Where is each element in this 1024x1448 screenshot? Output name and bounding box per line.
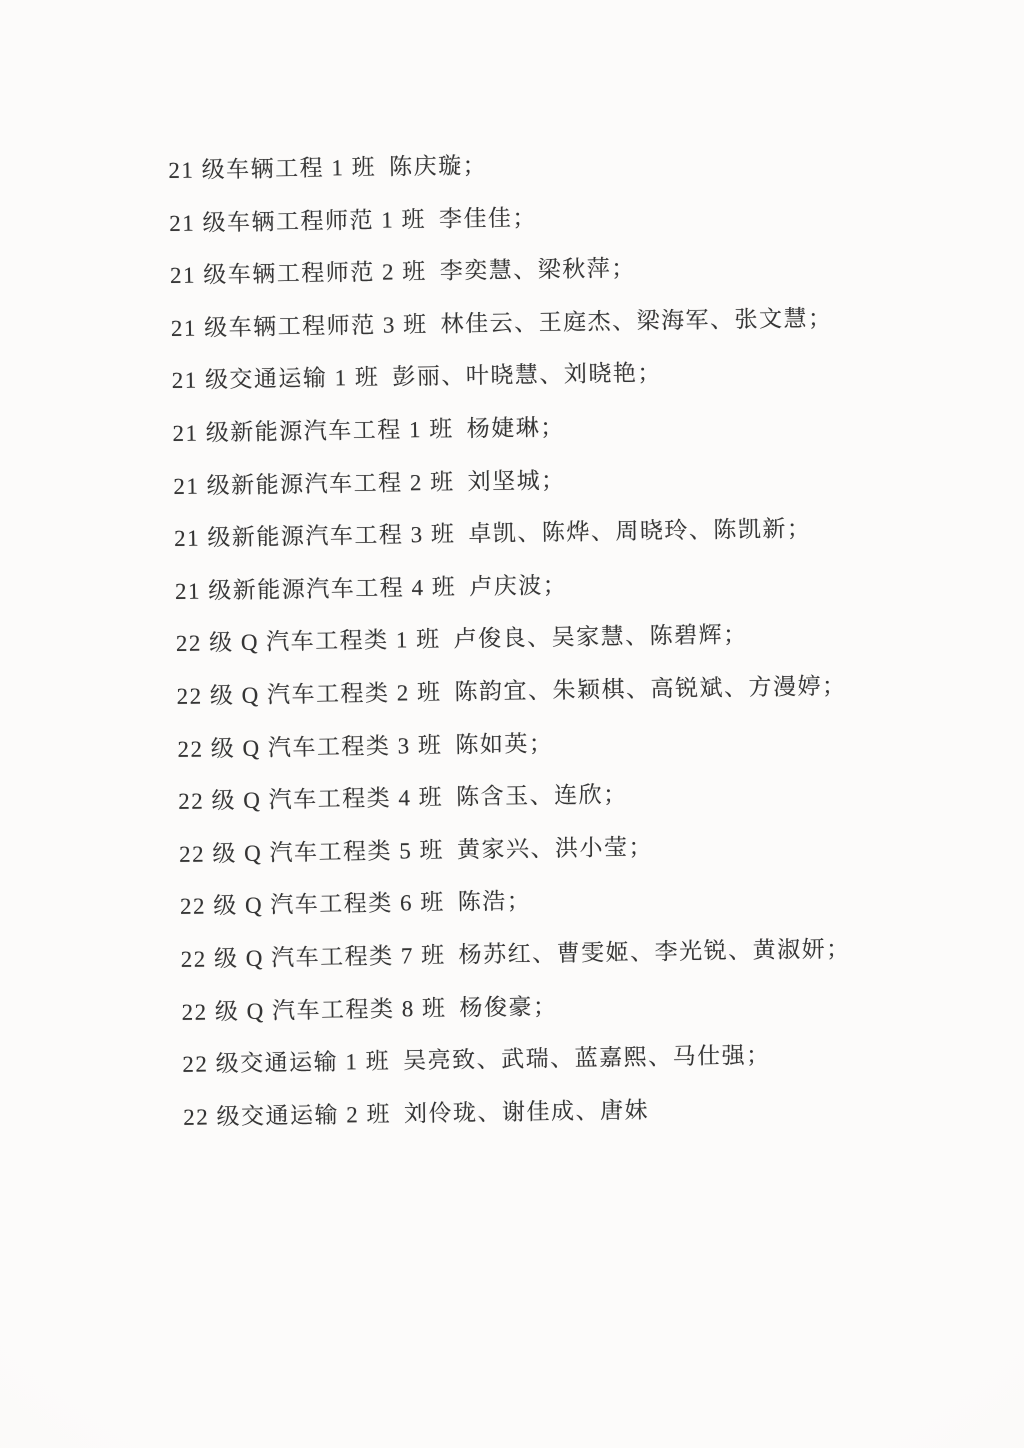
roster-line: 22 级交通运输 2 班刘伶珑、谢佳成、唐妹 [183, 1080, 904, 1144]
class-label: 21 级交通运输 1 班 [172, 365, 380, 393]
student-names: 卓凯、陈烨、周晓玲、陈凯新； [468, 516, 811, 546]
class-label: 22 级 Q 汽车工程类 4 班 [178, 785, 443, 814]
student-names: 刘坚城； [467, 467, 565, 494]
student-names: 陈含玉、连欣； [456, 782, 628, 810]
student-names: 杨苏红、曹雯姬、李光锐、黄淑妍； [458, 936, 850, 967]
class-label: 21 级新能源汽车工程 1 班 [172, 417, 454, 446]
student-names: 陈庆璇； [389, 153, 487, 180]
class-label: 22 级 Q 汽车工程类 1 班 [176, 627, 441, 656]
class-label: 22 级交通运输 1 班 [182, 1049, 390, 1077]
student-names: 彭丽、叶晓慧、刘晓艳； [392, 361, 662, 390]
student-names: 卢庆波； [469, 573, 567, 600]
student-names: 杨俊豪； [459, 993, 557, 1020]
class-label: 21 级新能源汽车工程 2 班 [173, 469, 455, 498]
class-label: 22 级 Q 汽车工程类 7 班 [181, 943, 446, 972]
class-label: 21 级车辆工程 1 班 [168, 155, 376, 183]
class-label: 21 级车辆工程师范 2 班 [170, 259, 427, 288]
student-names: 陈韵宜、朱颖棋、高锐斌、方漫婷； [454, 673, 846, 704]
class-label: 21 级新能源汽车工程 4 班 [175, 574, 457, 603]
scanned-document-page: 21 级车辆工程 1 班陈庆璇； 21 级车辆工程师范 1 班李佳佳； 21 级… [0, 0, 1024, 1448]
student-names: 黄家兴、洪小莹； [457, 834, 653, 862]
student-names: 杨婕琳； [467, 415, 565, 442]
student-names: 李佳佳； [439, 205, 537, 232]
student-names: 卢俊良、吴家慧、陈碧辉； [453, 622, 747, 652]
student-names: 刘伶珑、谢佳成、唐妹 [404, 1097, 649, 1126]
class-label: 21 级新能源汽车工程 3 班 [174, 522, 456, 551]
class-label: 22 级交通运输 2 班 [183, 1101, 391, 1129]
class-label: 22 级 Q 汽车工程类 3 班 [177, 732, 442, 761]
class-label: 22 级 Q 汽车工程类 2 班 [176, 680, 441, 709]
student-names: 陈如英； [455, 731, 553, 758]
student-names: 吴亮致、武瑞、蓝嘉熙、马仕强； [403, 1043, 771, 1074]
class-roster-list: 21 级车辆工程 1 班陈庆璇； 21 级车辆工程师范 1 班李佳佳； 21 级… [168, 134, 904, 1144]
class-label: 22 级 Q 汽车工程类 5 班 [179, 837, 444, 866]
student-names: 李奕慧、梁秋萍； [440, 256, 636, 284]
class-label: 22 级 Q 汽车工程类 8 班 [181, 995, 446, 1024]
student-names: 林佳云、王庭杰、梁海军、张文慧； [440, 305, 832, 336]
student-names: 陈浩； [458, 889, 532, 915]
class-label: 21 级车辆工程师范 1 班 [169, 207, 426, 236]
class-label: 21 级车辆工程师范 3 班 [171, 312, 428, 341]
class-label: 22 级 Q 汽车工程类 6 班 [180, 890, 445, 919]
